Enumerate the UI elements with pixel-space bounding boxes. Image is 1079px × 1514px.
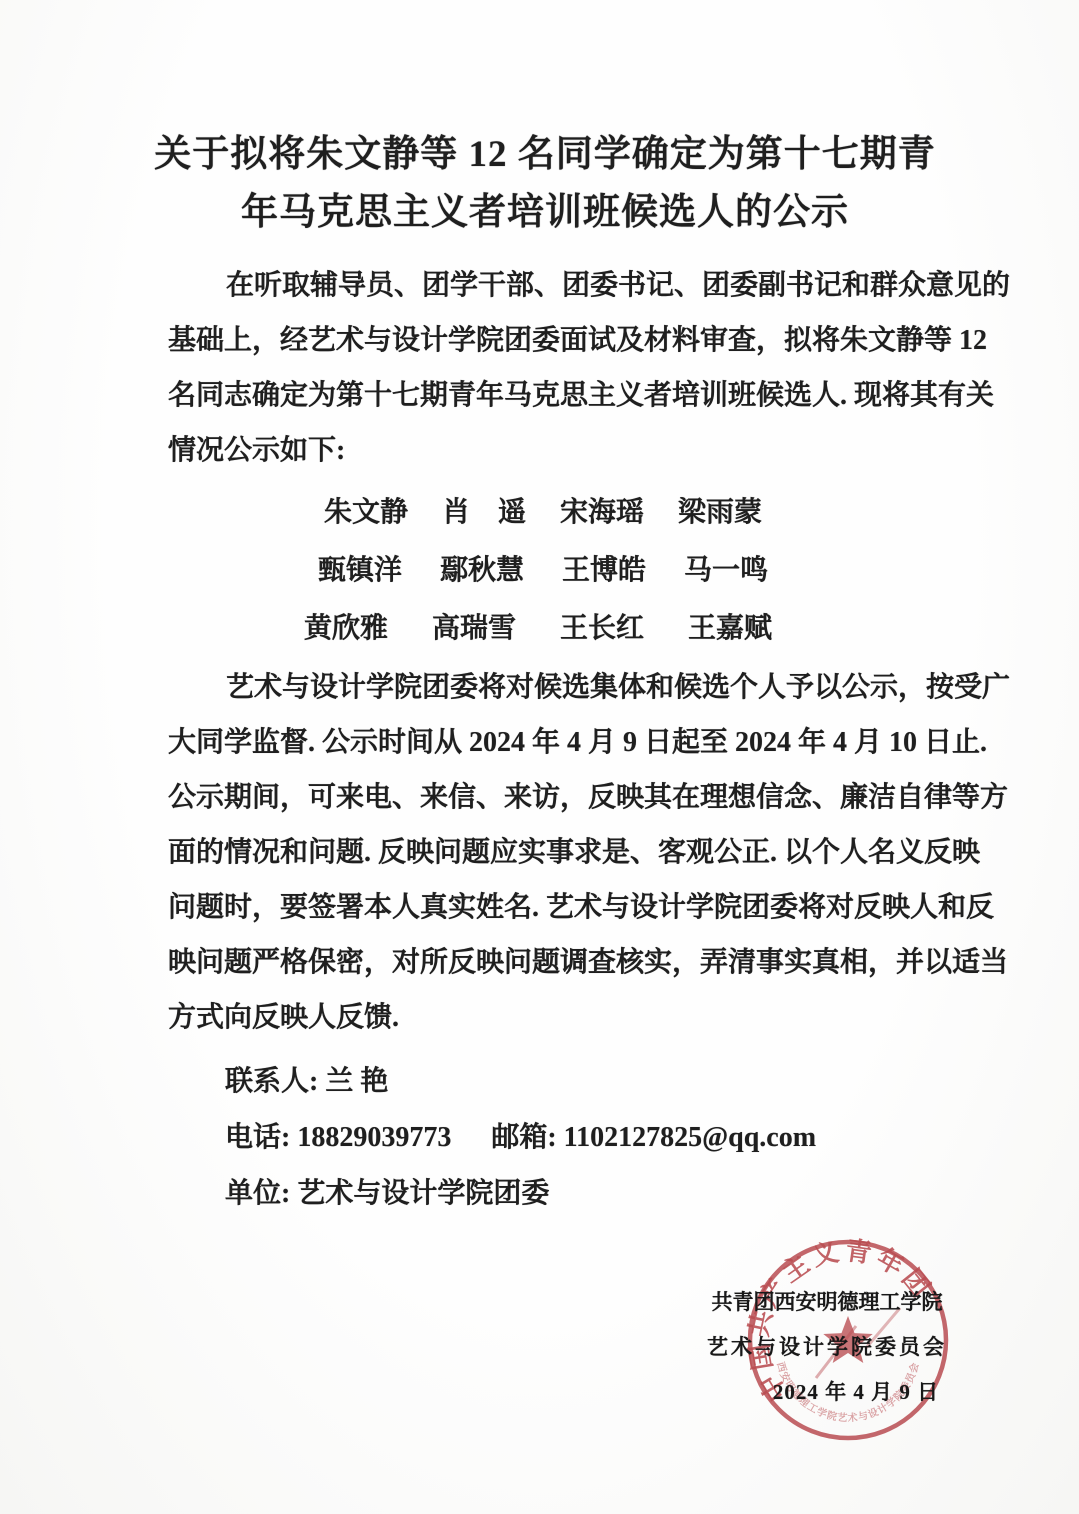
document-title-line1: 关于拟将朱文静等 12 名同学确定为第十七期青 bbox=[140, 126, 950, 184]
signature-block: 共青团西安明德理工学院 艺术与设计学院委员会 2024 年 4 月 9 日 bbox=[688, 1280, 966, 1415]
candidate-name: 黄欣雅 bbox=[304, 600, 388, 658]
name-row: 黄欣雅 高瑞雪 王长红 王嘉赋 bbox=[304, 600, 772, 658]
name-row: 甄镇洋 鄢秋慧 王博皓 马一鸣 bbox=[318, 542, 772, 600]
candidate-name: 马一鸣 bbox=[684, 542, 768, 600]
signature-org-line1: 共青团西安明德理工学院 bbox=[688, 1280, 966, 1325]
candidate-name: 甄镇洋 bbox=[318, 542, 402, 600]
contact-phone: 电话: 18829039773 bbox=[225, 1122, 451, 1153]
candidate-name-list: 朱文静 肖 遥 宋海瑶 梁雨蒙 甄镇洋 鄢秋慧 王博皓 马一鸣 黄欣雅 高瑞雪 … bbox=[324, 484, 772, 658]
intro-paragraph: 在听取辅导员、团学干部、团委书记、团委副书记和群众意见的 基础上，经艺术与设计学… bbox=[168, 258, 944, 478]
candidate-name: 宋海瑶 bbox=[560, 484, 644, 542]
document-title: 关于拟将朱文静等 12 名同学确定为第十七期青 年马克思主义者培训班候选人的公示 bbox=[140, 126, 950, 242]
body-line: 基础上，经艺术与设计学院团委面试及材料审查，拟将朱文静等 12 bbox=[168, 313, 944, 368]
contact-unit: 单位: 艺术与设计学院团委 bbox=[225, 1166, 816, 1222]
name-row: 朱文静 肖 遥 宋海瑶 梁雨蒙 bbox=[324, 484, 772, 542]
signature-org-line2: 艺术与设计学院委员会 bbox=[688, 1325, 966, 1370]
body-line: 方式向反映人反馈. bbox=[168, 990, 944, 1045]
body-line: 大同学监督. 公示时间从 2024 年 4 月 9 日起至 2024 年 4 月… bbox=[168, 715, 944, 770]
body-line: 名同志确定为第十七期青年马克思主义者培训班候选人. 现将其有关 bbox=[168, 368, 944, 423]
contact-phone-email: 电话: 18829039773邮箱: 1102127825@qq.com bbox=[225, 1110, 816, 1166]
candidate-name: 王长红 bbox=[560, 600, 644, 658]
document-title-line2: 年马克思主义者培训班候选人的公示 bbox=[140, 184, 950, 242]
supervision-paragraph: 艺术与设计学院团委将对候选集体和候选个人予以公示，按受广 大同学监督. 公示时间… bbox=[168, 660, 944, 1045]
contact-person: 联系人: 兰 艳 bbox=[225, 1054, 816, 1110]
candidate-name: 梁雨蒙 bbox=[678, 484, 762, 542]
body-line: 在听取辅导员、团学干部、团委书记、团委副书记和群众意见的 bbox=[168, 258, 944, 313]
body-line: 问题时，要签署本人真实姓名. 艺术与设计学院团委将对反映人和反 bbox=[168, 880, 944, 935]
body-line: 情况公示如下: bbox=[168, 423, 944, 478]
candidate-name: 王博皓 bbox=[562, 542, 646, 600]
body-line: 映问题严格保密，对所反映问题调查核实，弄清事实真相，并以适当 bbox=[168, 935, 944, 990]
candidate-name: 肖 遥 bbox=[442, 484, 526, 542]
contact-block: 联系人: 兰 艳 电话: 18829039773邮箱: 1102127825@q… bbox=[225, 1054, 816, 1222]
contact-email: 邮箱: 1102127825@qq.com bbox=[491, 1122, 816, 1153]
body-line: 公示期间，可来电、来信、来访，反映其在理想信念、廉洁自律等方 bbox=[168, 770, 944, 825]
candidate-name: 王嘉赋 bbox=[688, 600, 772, 658]
candidate-name: 鄢秋慧 bbox=[440, 542, 524, 600]
body-line: 面的情况和问题. 反映问题应实事求是、客观公正. 以个人名义反映 bbox=[168, 825, 944, 880]
candidate-name: 高瑞雪 bbox=[432, 600, 516, 658]
body-line: 艺术与设计学院团委将对候选集体和候选个人予以公示，按受广 bbox=[168, 660, 944, 715]
signature-date: 2024 年 4 月 9 日 bbox=[688, 1370, 966, 1415]
scanned-document-page: 关于拟将朱文静等 12 名同学确定为第十七期青 年马克思主义者培训班候选人的公示… bbox=[0, 0, 1079, 1514]
candidate-name: 朱文静 bbox=[324, 484, 408, 542]
